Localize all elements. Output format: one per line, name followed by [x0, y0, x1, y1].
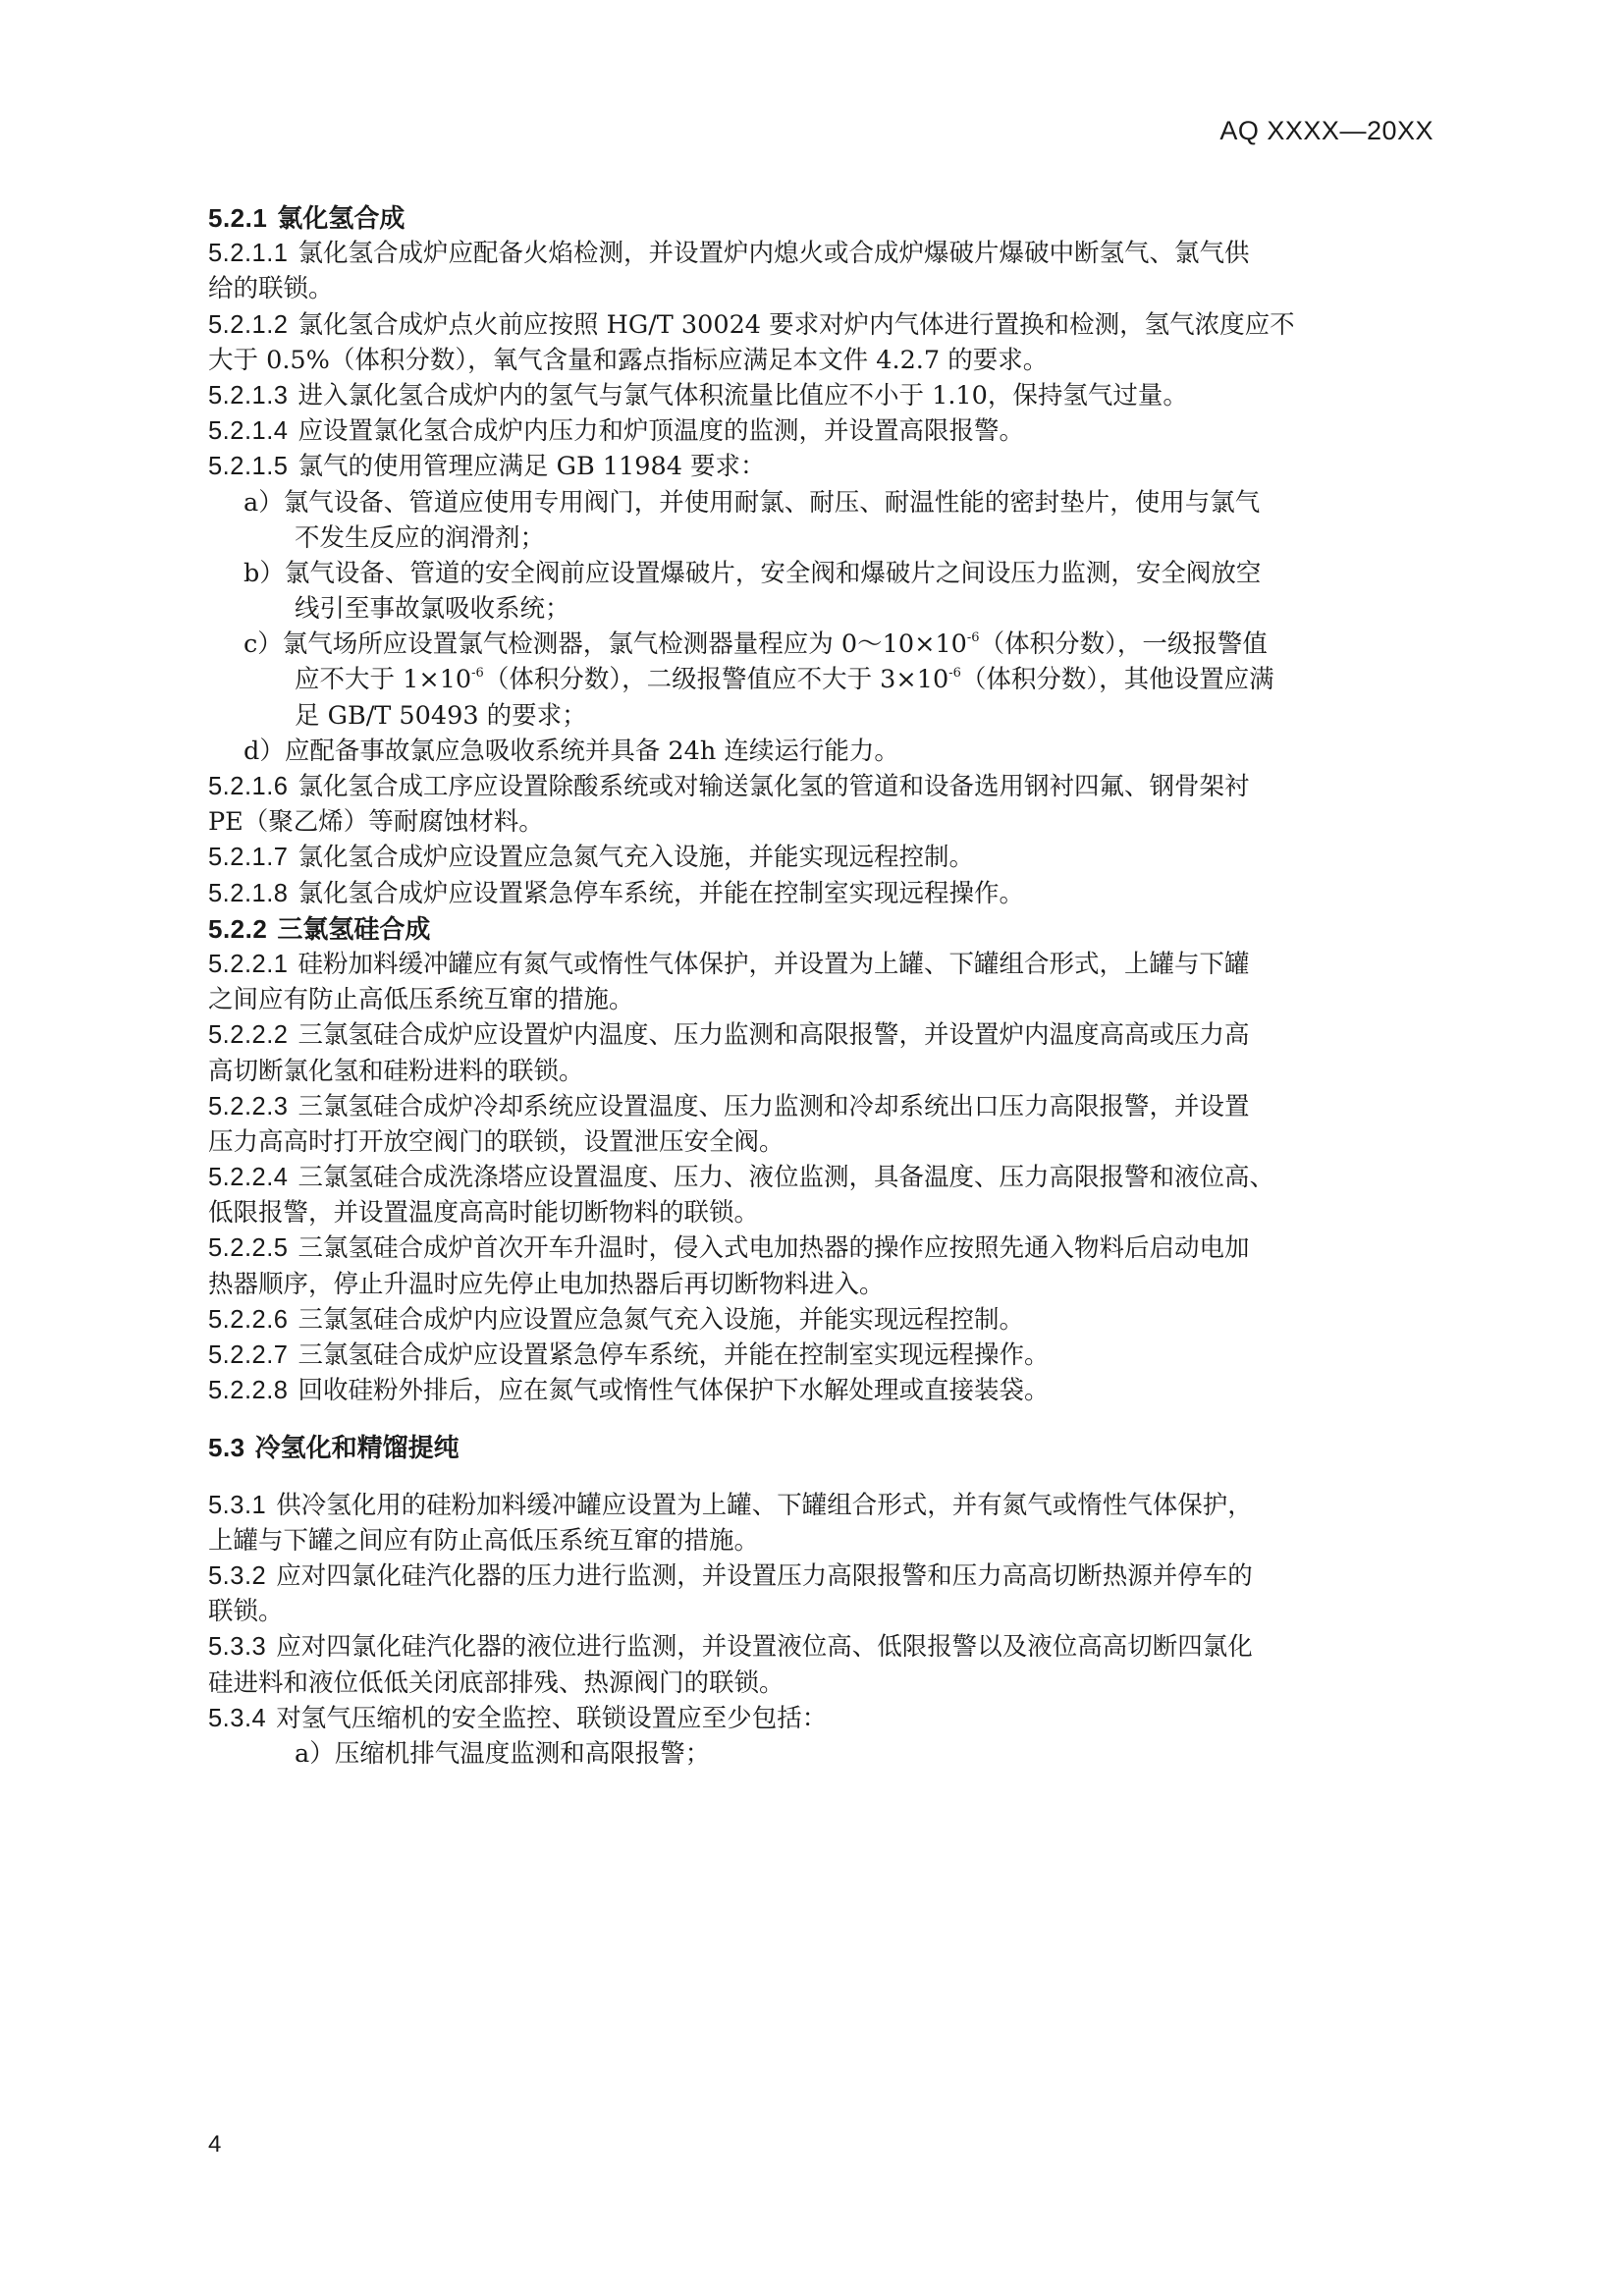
clause-text: 氯化氢合成炉应设置紧急停车系统，并能在控制室实现远程操作。	[298, 879, 1024, 908]
section-heading-5-2-1: 5.2.1氯化氢合成	[208, 200, 1426, 236]
clause-text-continued: 之间应有防止高低压系统互窜的措施。	[208, 982, 1426, 1017]
clause-text: 应对四氯化硅汽化器的液位进行监测，并设置液位高、低限报警以及液位高高切断四氯化	[276, 1632, 1253, 1662]
clause-text: 氯化氢合成炉点火前应按照 HG/T 30024 要求对炉内气体进行置换和检测，氢…	[298, 310, 1294, 340]
clause-5-3-4: 5.3.4对氢气压缩机的安全监控、联锁设置应至少包括： a）压缩机排气温度监测和…	[208, 1701, 1426, 1772]
section-number: 5.2.2	[208, 914, 267, 944]
clause-text: 三氯氢硅合成炉内应设置应急氮气充入设施，并能实现远程控制。	[298, 1305, 1024, 1335]
clause-text: 三氯氢硅合成炉应设置炉内温度、压力监测和高限报警，并设置炉内温度高高或压力高	[298, 1020, 1249, 1050]
clause-text-continued: PE（聚乙烯）等耐腐蚀材料。	[208, 804, 1426, 840]
list-text: 氯气设备、管道的安全阀前应设置爆破片，安全阀和爆破片之间设压力监测，安全阀放空	[285, 559, 1262, 588]
list-text-continued: （体积分数），其他设置应满	[961, 665, 1274, 694]
list-item-a: a）氯气设备、管道应使用专用阀门，并使用耐氯、耐压、耐温性能的密封垫片，使用与氯…	[208, 485, 1426, 556]
section-title: 冷氢化和精馏提纯	[255, 1434, 460, 1463]
clause-5-2-1-7: 5.2.1.7氯化氢合成炉应设置应急氮气充入设施，并能实现远程控制。	[208, 840, 1426, 875]
clause-text-continued: 压力高高时打开放空阀门的联锁，设置泄压安全阀。	[208, 1124, 1426, 1160]
clause-number: 5.2.2.7	[208, 1341, 288, 1369]
clause-text: 应设置氯化氢合成炉内压力和炉顶温度的监测，并设置高限报警。	[298, 416, 1024, 446]
clause-text: 氯化氢合成炉应配备火焰检测，并设置炉内熄火或合成炉爆破片爆破中断氢气、氯气供	[298, 239, 1249, 268]
clause-number: 5.2.1.7	[208, 844, 288, 871]
clause-number: 5.2.2.4	[208, 1164, 288, 1191]
clause-5-2-2-2: 5.2.2.2三氯氢硅合成炉应设置炉内温度、压力监测和高限报警，并设置炉内温度高…	[208, 1017, 1426, 1088]
section-number: 5.3	[208, 1433, 245, 1462]
clause-text: 三氯氢硅合成炉冷却系统应设置温度、压力监测和冷却系统出口压力高限报警，并设置	[298, 1092, 1249, 1121]
clause-text-continued: 上罐与下罐之间应有防止高低压系统互窜的措施。	[208, 1523, 1426, 1558]
list-text: 氯气设备、管道应使用专用阀门，并使用耐氯、耐压、耐温性能的密封垫片，使用与氯气	[284, 488, 1261, 518]
list-label: c）	[243, 629, 283, 659]
clause-5-2-1-2: 5.2.1.2氯化氢合成炉点火前应按照 HG/T 30024 要求对炉内气体进行…	[208, 307, 1426, 378]
clause-text: 三氯氢硅合成炉应设置紧急停车系统，并能在控制室实现远程操作。	[298, 1340, 1049, 1370]
exponent: -6	[471, 666, 484, 681]
list-text-continued: 线引至事故氯吸收系统；	[208, 591, 1426, 627]
clause-number: 5.2.1.3	[208, 382, 288, 410]
document-body: 5.2.1氯化氢合成 5.2.1.1氯化氢合成炉应配备火焰检测，并设置炉内熄火或…	[208, 200, 1426, 1772]
list-text-continued: （体积分数），二级报警值应不大于 3×10	[484, 665, 948, 694]
clause-text-continued: 低限报警，并设置温度高高时能切断物料的联锁。	[208, 1195, 1426, 1230]
clause-text-continued: 给的联锁。	[208, 271, 1426, 306]
clause-text: 三氯氢硅合成炉首次开车升温时，侵入式电加热器的操作应按照先通入物料后启动电加	[298, 1233, 1249, 1263]
standard-code-header: AQ XXXX—20XX	[1219, 116, 1434, 146]
list-text: 氯气场所应设置氯气检测器，氯气检测器量程应为 0～10×10	[283, 629, 967, 659]
clause-number: 5.3.3	[208, 1633, 266, 1661]
clause-number: 5.3.1	[208, 1492, 266, 1519]
clause-number: 5.2.2.2	[208, 1021, 288, 1049]
clause-number: 5.3.2	[208, 1562, 266, 1590]
clause-number: 5.2.1.5	[208, 453, 288, 480]
clause-5-3-3: 5.3.3应对四氯化硅汽化器的液位进行监测，并设置液位高、低限报警以及液位高高切…	[208, 1629, 1426, 1700]
clause-number: 5.2.1.8	[208, 880, 288, 907]
document-page: AQ XXXX—20XX 5.2.1氯化氢合成 5.2.1.1氯化氢合成炉应配备…	[0, 0, 1623, 2296]
exponent: -6	[948, 666, 961, 681]
clause-5-2-2-1: 5.2.2.1硅粉加料缓冲罐应有氮气或惰性气体保护，并设置为上罐、下罐组合形式，…	[208, 947, 1426, 1017]
clause-text-continued: 硅进料和液位低低关闭底部排残、热源阀门的联锁。	[208, 1666, 1426, 1701]
list-item-a: a）压缩机排气温度监测和高限报警；	[208, 1736, 1426, 1772]
clause-number: 5.2.2.5	[208, 1234, 288, 1262]
clause-number: 5.2.1.1	[208, 240, 288, 267]
clause-5-2-2-6: 5.2.2.6三氯氢硅合成炉内应设置应急氮气充入设施，并能实现远程控制。	[208, 1302, 1426, 1338]
clause-5-2-2-5: 5.2.2.5三氯氢硅合成炉首次开车升温时，侵入式电加热器的操作应按照先通入物料…	[208, 1230, 1426, 1301]
clause-text-continued: 高切断氯化氢和硅粉进料的联锁。	[208, 1054, 1426, 1089]
clause-5-2-1-6: 5.2.1.6氯化氢合成工序应设置除酸系统或对输送氯化氢的管道和设备选用钢衬四氟…	[208, 769, 1426, 840]
list-label: d）	[243, 737, 285, 766]
list-item-b: b）氯气设备、管道的安全阀前应设置爆破片，安全阀和爆破片之间设压力监测，安全阀放…	[208, 556, 1426, 627]
clause-5-3-1: 5.3.1供冷氢化用的硅粉加料缓冲罐应设置为上罐、下罐组合形式，并有氮气或惰性气…	[208, 1488, 1426, 1558]
list-item-c: c）氯气场所应设置氯气检测器，氯气检测器量程应为 0～10×10-6（体积分数）…	[208, 627, 1426, 734]
clause-5-2-1-1: 5.2.1.1氯化氢合成炉应配备火焰检测，并设置炉内熄火或合成炉爆破片爆破中断氢…	[208, 236, 1426, 306]
clause-5-2-1-5: 5.2.1.5氯气的使用管理应满足 GB 11984 要求： a）氯气设备、管道…	[208, 449, 1426, 769]
clause-text: 回收硅粉外排后，应在氮气或惰性气体保护下水解处理或直接装袋。	[298, 1376, 1049, 1405]
list-text-continued: 应不大于 1×10	[295, 665, 471, 694]
section-number: 5.2.1	[208, 203, 267, 233]
clause-5-2-2-8: 5.2.2.8回收硅粉外排后，应在氮气或惰性气体保护下水解处理或直接装袋。	[208, 1373, 1426, 1408]
list-item-d: d）应配备事故氯应急吸收系统并具备 24h 连续运行能力。	[208, 734, 1426, 769]
clause-number: 5.2.1.4	[208, 417, 288, 445]
clause-5-2-2-3: 5.2.2.3三氯氢硅合成炉冷却系统应设置温度、压力监测和冷却系统出口压力高限报…	[208, 1089, 1426, 1160]
clause-5-2-1-4: 5.2.1.4应设置氯化氢合成炉内压力和炉顶温度的监测，并设置高限报警。	[208, 413, 1426, 449]
clause-number: 5.2.2.8	[208, 1377, 288, 1404]
clause-5-2-2-7: 5.2.2.7三氯氢硅合成炉应设置紧急停车系统，并能在控制室实现远程操作。	[208, 1338, 1426, 1373]
clause-number: 5.2.2.6	[208, 1306, 288, 1334]
clause-number: 5.2.1.2	[208, 311, 288, 339]
exponent: -6	[967, 630, 980, 645]
clause-text-continued: 联锁。	[208, 1594, 1426, 1629]
section-heading-5-2-2: 5.2.2三氯氢硅合成	[208, 911, 1426, 947]
clause-number: 5.2.2.1	[208, 951, 288, 978]
clause-number: 5.2.2.3	[208, 1093, 288, 1121]
clause-5-3-2: 5.3.2应对四氯化硅汽化器的压力进行监测，并设置压力高限报警和压力高高切断热源…	[208, 1558, 1426, 1629]
clause-5-2-1-3: 5.2.1.3进入氯化氢合成炉内的氢气与氯气体积流量比值应不小于 1.10，保持…	[208, 378, 1426, 413]
clause-text: 氯化氢合成炉应设置应急氮气充入设施，并能实现远程控制。	[298, 843, 974, 872]
section-heading-5-3: 5.3冷氢化和精馏提纯	[208, 1430, 1426, 1465]
clause-text: 三氯氢硅合成洗涤塔应设置温度、压力、液位监测，具备温度、压力高限报警和液位高、	[298, 1163, 1274, 1192]
list-text: 应配备事故氯应急吸收系统并具备 24h 连续运行能力。	[285, 737, 899, 766]
clause-text-continued: 热器顺序，停止升温时应先停止电加热器后再切断物料进入。	[208, 1267, 1426, 1302]
clause-text: 供冷氢化用的硅粉加料缓冲罐应设置为上罐、下罐组合形式，并有氮气或惰性气体保护，	[276, 1491, 1253, 1520]
clause-number: 5.2.1.6	[208, 773, 288, 800]
list-label: a）	[295, 1739, 335, 1769]
clause-text: 氯气的使用管理应满足 GB 11984 要求：	[298, 452, 765, 481]
clause-5-2-2-4: 5.2.2.4三氯氢硅合成洗涤塔应设置温度、压力、液位监测，具备温度、压力高限报…	[208, 1160, 1426, 1230]
clause-number: 5.3.4	[208, 1705, 266, 1732]
section-title: 三氯氢硅合成	[277, 915, 430, 945]
clause-text: 应对四氯化硅汽化器的压力进行监测，并设置压力高限报警和压力高高切断热源并停车的	[276, 1561, 1253, 1591]
clause-text: 进入氯化氢合成炉内的氢气与氯气体积流量比值应不小于 1.10，保持氢气过量。	[298, 381, 1187, 410]
clause-text: 氯化氢合成工序应设置除酸系统或对输送氯化氢的管道和设备选用钢衬四氟、钢骨架衬	[298, 772, 1249, 801]
list-label: a）	[243, 488, 284, 518]
list-text-continued: 足 GB/T 50493 的要求；	[208, 698, 1426, 734]
list-text: 压缩机排气温度监测和高限报警；	[335, 1739, 711, 1769]
list-text: （体积分数），一级报警值	[980, 629, 1268, 659]
page-number: 4	[208, 2131, 221, 2159]
list-label: b）	[243, 559, 285, 588]
clause-text-continued: 大于 0.5%（体积分数），氧气含量和露点指标应满足本文件 4.2.7 的要求。	[208, 343, 1426, 378]
clause-5-2-1-8: 5.2.1.8氯化氢合成炉应设置紧急停车系统，并能在控制室实现远程操作。	[208, 876, 1426, 911]
clause-text: 硅粉加料缓冲罐应有氮气或惰性气体保护，并设置为上罐、下罐组合形式，上罐与下罐	[298, 950, 1249, 979]
section-title: 氯化氢合成	[277, 204, 405, 234]
list-text-continued: 不发生反应的润滑剂；	[208, 520, 1426, 556]
clause-text: 对氢气压缩机的安全监控、联锁设置应至少包括：	[276, 1704, 827, 1733]
